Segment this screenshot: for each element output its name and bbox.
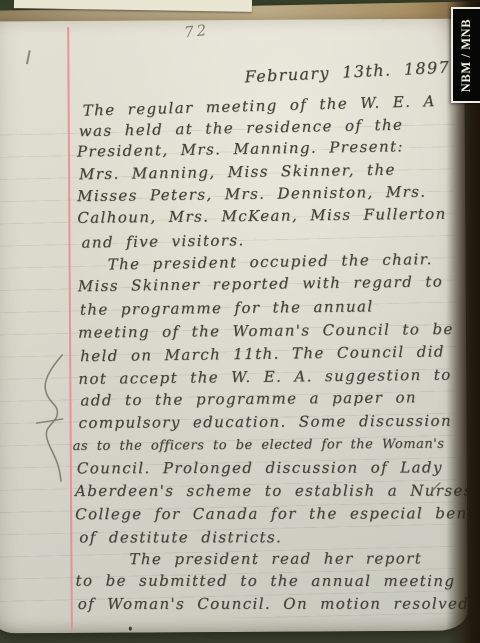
archive-watermark-label: NBM / MNB (451, 7, 480, 103)
manuscript-line: Aberdeen's scheme to establish a Nurses' (75, 482, 478, 500)
manuscript-line: not accept the W. E. A. suggestion to (78, 366, 451, 388)
manuscript-line: held on March 11th. The Council did (80, 342, 445, 365)
manuscript-photo: 72 February 13th. 1897. The regular meet… (0, 0, 480, 643)
pencil-check-mark: ✓ (428, 477, 446, 499)
manuscript-line: was held at the residence of the (79, 116, 404, 141)
manuscript-line: Miss Skinner reported with regard to (78, 272, 444, 295)
manuscript-line: The president read her report (129, 549, 422, 568)
manuscript-line: the programme for the annual (80, 297, 374, 318)
manuscript-line: of Woman's Council. On motion resolved (78, 595, 470, 613)
manuscript-line: Mrs. Manning, Miss Skinner, the (79, 161, 396, 184)
manuscript-page: 72 February 13th. 1897. The regular meet… (0, 19, 468, 634)
manuscript-line: as to the officers to be elected for the… (73, 437, 445, 454)
manuscript-line: meeting of the Woman's Council to be (78, 320, 454, 342)
manuscript-line: to be submitted to the annual meeting (76, 572, 456, 590)
margin-rule-line (67, 27, 72, 631)
manuscript-line: compulsory education. Some discussion (79, 412, 453, 432)
manuscript-line: Misses Peters, Mrs. Denniston, Mrs. (77, 183, 426, 206)
manuscript-line: President, Mrs. Manning. Present: (77, 137, 404, 160)
manuscript-line: Council. Prolonged discussion of Lady (77, 458, 443, 477)
manuscript-line: Calhoun, Mrs. McKean, Miss Fullerton (77, 205, 446, 227)
ink-dot (129, 627, 132, 631)
pencil-tick-mark (26, 50, 30, 64)
manuscript-line: and five visitors. (81, 231, 244, 251)
date-line: February 13th. 1897. (244, 57, 457, 86)
manuscript-line: College for Canada for the especial bene… (75, 504, 480, 523)
page-content: 72 February 13th. 1897. The regular meet… (0, 0, 480, 643)
manuscript-line: of destitute districts. (79, 528, 282, 546)
pencil-bracket-mark (32, 353, 79, 485)
manuscript-line: add to the programme a paper on (80, 388, 417, 409)
manuscript-line: The president occupied the chair. (107, 250, 432, 273)
pencil-page-number: 72 (183, 21, 210, 42)
archive-watermark-text: NBM / MNB (459, 18, 474, 91)
